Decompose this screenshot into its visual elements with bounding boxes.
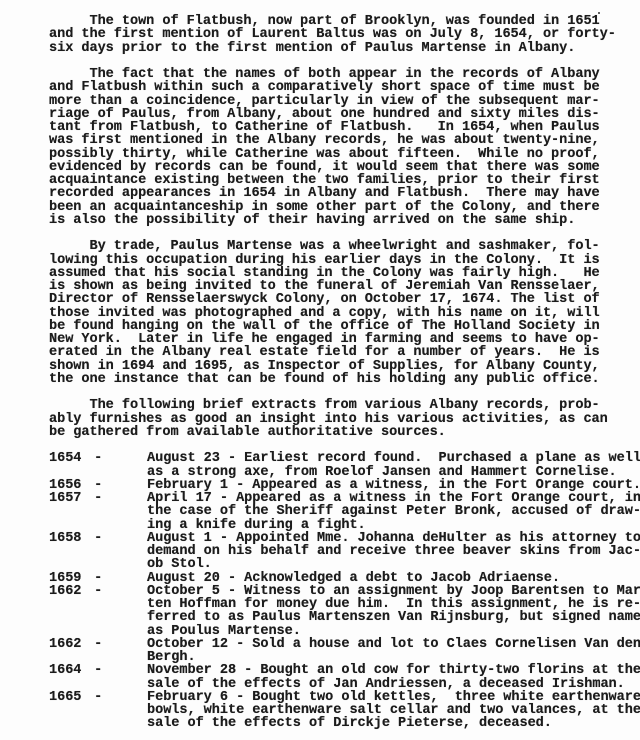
- record-year: 1662: [49, 638, 81, 651]
- paragraph-trade-line: the one instance that can be found of hi…: [49, 373, 600, 386]
- record-entry-line: sale of the effects of Jan Andriessen, a…: [147, 678, 625, 691]
- paragraph-trade-line: is shown as being invited to the funeral…: [49, 280, 600, 293]
- record-separator: -: [86, 452, 110, 465]
- record-separator: -: [86, 638, 110, 651]
- paragraph-coincidence-line: and Flatbush within such a comparatively…: [49, 81, 600, 94]
- record-entry-line: ob Stol.: [147, 558, 212, 571]
- paragraph-extracts-intro-line: be gathered from available authoritative…: [49, 426, 446, 439]
- paragraph-trade-line: assumed that his social standing in the …: [49, 267, 600, 280]
- record-entry-line: February 1 - Appeared as a witness, in t…: [147, 479, 640, 492]
- record-entry-line: August 23 - Earliest record found. Purch…: [147, 452, 640, 465]
- paragraph-flatbush-founding-line: six days prior to the first mention of P…: [49, 42, 575, 55]
- record-year: 1656: [49, 479, 81, 492]
- record-separator: -: [86, 532, 110, 545]
- record-entry-line: October 5 - Witness to an assignment by …: [147, 585, 640, 598]
- record-entry-line: April 17 - Appeared as a witness in the …: [147, 492, 640, 505]
- record-separator: -: [86, 479, 110, 492]
- record-year: 1664: [49, 664, 81, 677]
- record-separator: -: [86, 572, 110, 585]
- record-year: 1662: [49, 585, 81, 598]
- paragraph-coincidence-line: evidenced by records can be found, it wo…: [49, 161, 600, 174]
- record-separator: -: [86, 664, 110, 677]
- paragraph-coincidence-line: The fact that the names of both appear i…: [49, 68, 600, 81]
- paragraph-coincidence-line: acquaintance existing between the two fa…: [49, 174, 600, 187]
- record-entry-line: ten Hoffman for money due him. In this a…: [147, 598, 640, 611]
- paragraph-coincidence-line: recorded appearances in 1654 in Albany a…: [49, 187, 600, 200]
- paragraph-coincidence-line: been an acquaintanceship in some other p…: [49, 201, 600, 214]
- paragraph-flatbush-founding-line: and the first mention of Laurent Baltus …: [49, 28, 616, 41]
- record-separator: -: [86, 585, 110, 598]
- paragraph-flatbush-founding-line: The town of Flatbush, now part of Brookl…: [49, 15, 600, 28]
- record-year: 1658: [49, 532, 81, 545]
- record-entry-line: as Poulus Martense.: [147, 625, 301, 638]
- record-entry-line: February 6 - Bought two old kettles, thr…: [147, 691, 640, 704]
- record-entry-line: ferred to as Paulus Martenszen Van Rijns…: [147, 611, 640, 624]
- paragraph-trade-line: erated in the Albany real estate field f…: [49, 346, 600, 359]
- record-entry-line: August 1 - Appointed Mme. Johanna deHult…: [147, 532, 640, 545]
- record-entry-line: ing a knife during a fight.: [147, 519, 366, 532]
- record-entry-line: Bergh.: [147, 651, 196, 664]
- record-separator: -: [86, 492, 110, 505]
- paragraph-trade-line: New York. Later in life he engaged in fa…: [49, 333, 600, 346]
- paragraph-trade-line: Director of Rensselaerswyck Colony, on O…: [49, 293, 600, 306]
- record-entry-line: sale of the effects of Dirckje Pieterse,…: [147, 717, 552, 730]
- record-year: 1659: [49, 572, 81, 585]
- paragraph-coincidence-line: is also the possibility of their having …: [49, 214, 575, 227]
- paragraph-coincidence-line: riage of Paulus, from Albany, about one …: [49, 108, 600, 121]
- record-entry-line: October 12 - Sold a house and lot to Cla…: [147, 638, 640, 651]
- record-year: 1657: [49, 492, 81, 505]
- record-entry-line: the case of the Sheriff against Peter Br…: [147, 505, 640, 518]
- paragraph-coincidence-line: more than a coincidence, particularly in…: [49, 95, 600, 108]
- paragraph-extracts-intro-line: ably furnishes as good an insight into h…: [49, 413, 608, 426]
- record-entry-line: August 20 - Acknowledged a debt to Jacob…: [147, 572, 560, 585]
- paragraph-trade-line: lowing this occupation during his earlie…: [49, 254, 600, 267]
- paragraph-coincidence-line: possibly thirty, while Catherine was abo…: [49, 148, 600, 161]
- record-entry-line: bowls, white earthenware salt cellar and…: [147, 704, 640, 717]
- paragraph-extracts-intro-line: The following brief extracts from variou…: [49, 399, 600, 412]
- paragraph-coincidence-line: tant from Flatbush, to Catherine of Flat…: [49, 121, 600, 134]
- paragraph-trade-line: shown in 1694 and 1695, as Inspector of …: [49, 360, 600, 373]
- record-separator: -: [86, 691, 110, 704]
- record-entry-line: demand on his behalf and receive three b…: [147, 545, 640, 558]
- paragraph-trade-line: be found hanging on the wall of the offi…: [49, 320, 600, 333]
- paragraph-coincidence-line: was first mentioned in the Albany record…: [49, 134, 600, 147]
- record-year: 1654: [49, 452, 81, 465]
- typewritten-page: The town of Flatbush, now part of Brookl…: [0, 0, 640, 740]
- paragraph-trade-line: By trade, Paulus Martense was a wheelwri…: [49, 240, 600, 253]
- record-entry-line: November 28 - Bought an old cow for thir…: [147, 664, 640, 677]
- paragraph-trade-line: those invited was photographed and a cop…: [49, 307, 600, 320]
- record-year: 1665: [49, 691, 81, 704]
- record-entry-line: as a strong axe, from Roelof Jansen and …: [147, 466, 617, 479]
